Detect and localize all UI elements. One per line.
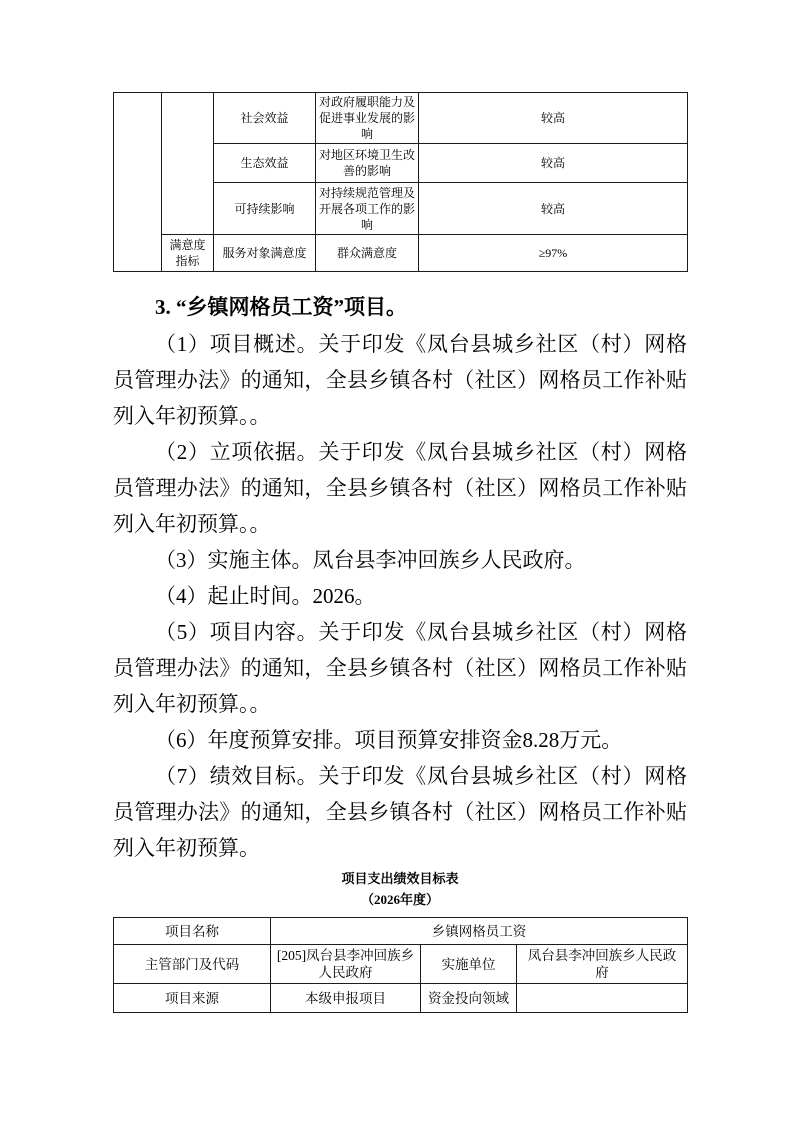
document-page: 社会效益 对政府履职能力及促进事业发展的影响 较高 生态效益 对地区环境卫生改善…: [0, 0, 793, 1122]
table-row: 社会效益 对政府履职能力及促进事业发展的影响 较高: [114, 93, 688, 144]
cell-indicator-value: 较高: [419, 93, 688, 144]
cell-indicator-name: 服务对象满意度: [214, 235, 316, 272]
cell-indicator-name: 社会效益: [214, 93, 316, 144]
section-heading: 3. “乡镇网格员工资”项目。: [113, 288, 687, 326]
target-table-subtitle: （2026年度）: [113, 889, 687, 910]
paragraph-time-period: （4）起止时间。2026。: [113, 578, 687, 614]
cell-group-label: 满意度指标: [162, 235, 214, 272]
cell-implementing-unit-value: 凤台县李冲回族乡人民政府: [517, 945, 688, 984]
table-row: 项目名称 乡镇网格员工资: [114, 918, 688, 945]
cell-department-value: [205]凤台县李冲回族乡人民政府: [271, 945, 421, 984]
paragraph-performance-target: （7）绩效目标。关于印发《凤台县城乡社区（村）网格员管理办法》的通知，全县乡镇各…: [113, 758, 687, 866]
paragraph-annual-budget: （6）年度预算安排。项目预算安排资金8.28万元。: [113, 722, 687, 758]
page-content: 社会效益 对政府履职能力及促进事业发展的影响 较高 生态效益 对地区环境卫生改善…: [113, 0, 687, 1013]
empty-outer-cell: [114, 93, 162, 272]
paragraph-project-overview: （1）项目概述。关于印发《凤台县城乡社区（村）网格员管理办法》的通知，全县乡镇各…: [113, 326, 687, 434]
cell-indicator-description: 对地区环境卫生改善的影响: [316, 144, 419, 183]
cell-indicator-name: 可持续影响: [214, 183, 316, 235]
table-row: 满意度指标 服务对象满意度 群众满意度 ≥97%: [114, 235, 688, 272]
cell-project-source-value: 本级申报项目: [271, 984, 421, 1013]
cell-department-label: 主管部门及代码: [114, 945, 271, 984]
cell-project-name-value: 乡镇网格员工资: [271, 918, 688, 945]
paragraph-implementing-body: （3）实施主体。凤台县李冲回族乡人民政府。: [113, 542, 687, 578]
cell-fund-direction-value: [517, 984, 688, 1013]
cell-project-name-label: 项目名称: [114, 918, 271, 945]
cell-indicator-value: 较高: [419, 144, 688, 183]
paragraph-project-basis: （2）立项依据。关于印发《凤台县城乡社区（村）网格员管理办法》的通知，全县乡镇各…: [113, 434, 687, 542]
cell-indicator-description: 群众满意度: [316, 235, 419, 272]
benefit-indicators-table: 社会效益 对政府履职能力及促进事业发展的影响 较高 生态效益 对地区环境卫生改善…: [113, 92, 688, 272]
target-table-title: 项目支出绩效目标表: [113, 868, 687, 889]
cell-indicator-description: 对持续规范管理及开展各项工作的影响: [316, 183, 419, 235]
empty-group-cell: [162, 93, 214, 235]
cell-indicator-value: 较高: [419, 183, 688, 235]
cell-indicator-name: 生态效益: [214, 144, 316, 183]
cell-project-source-label: 项目来源: [114, 984, 271, 1013]
paragraph-project-content: （5）项目内容。关于印发《凤台县城乡社区（村）网格员管理办法》的通知，全县乡镇各…: [113, 614, 687, 722]
table-row: 项目来源 本级申报项目 资金投向领域: [114, 984, 688, 1013]
cell-indicator-value: ≥97%: [419, 235, 688, 272]
table-row: 主管部门及代码 [205]凤台县李冲回族乡人民政府 实施单位 凤台县李冲回族乡人…: [114, 945, 688, 984]
cell-implementing-unit-label: 实施单位: [421, 945, 517, 984]
performance-target-table: 项目名称 乡镇网格员工资 主管部门及代码 [205]凤台县李冲回族乡人民政府 实…: [113, 917, 688, 1013]
cell-fund-direction-label: 资金投向领域: [421, 984, 517, 1013]
cell-indicator-description: 对政府履职能力及促进事业发展的影响: [316, 93, 419, 144]
